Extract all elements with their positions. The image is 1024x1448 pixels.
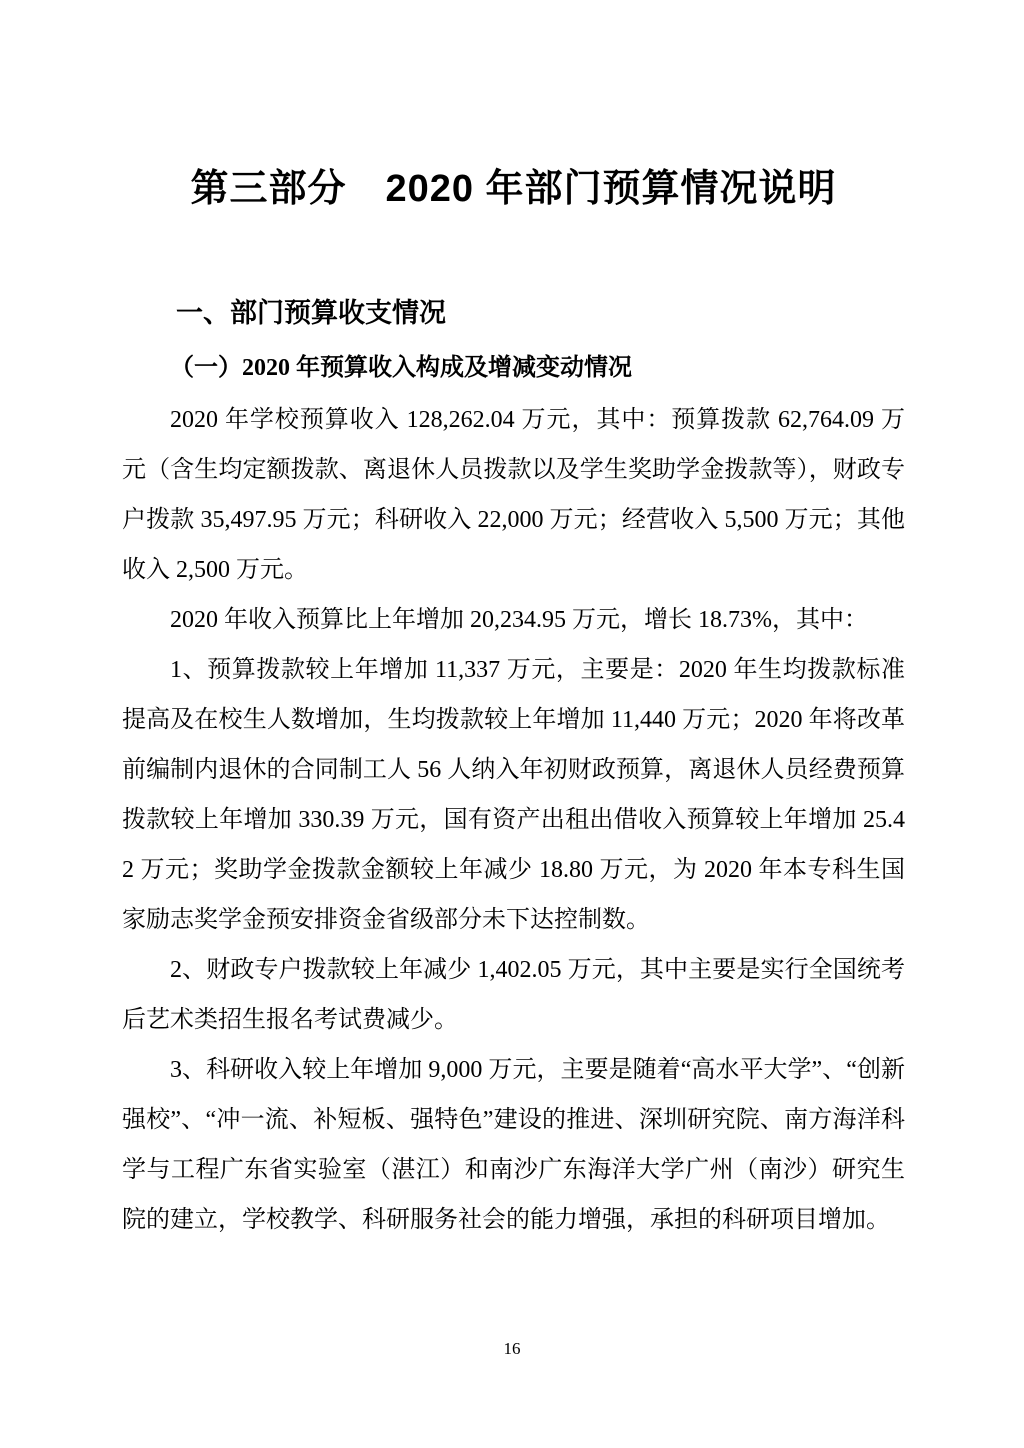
document-title: 第三部分 2020 年部门预算情况说明 — [122, 165, 905, 213]
paragraph-item-1-budget-allocation: 1、预算拨款较上年增加 11,337 万元，主要是：2020 年生均拨款标准提高… — [122, 645, 905, 945]
paragraph-income-overview: 2020 年学校预算收入 128,262.04 万元，其中：预算拨款 62,76… — [122, 395, 905, 595]
paragraph-income-increase-summary: 2020 年收入预算比上年增加 20,234.95 万元，增长 18.73%，其… — [122, 595, 905, 645]
document-page: 第三部分 2020 年部门预算情况说明 一、部门预算收支情况 （一）2020 年… — [0, 0, 1024, 1448]
paragraph-item-2-fiscal-special-account: 2、财政专户拨款较上年减少 1,402.05 万元，其中主要是实行全国统考后艺术… — [122, 945, 905, 1045]
subsection-heading-income-composition: （一）2020 年预算收入构成及增减变动情况 — [122, 351, 905, 385]
paragraph-item-3-research-income: 3、科研收入较上年增加 9,000 万元，主要是随着“高水平大学”、“创新强校”… — [122, 1045, 905, 1245]
page-number: 16 — [0, 1338, 1024, 1360]
section-heading-budget-overview: 一、部门预算收支情况 — [122, 297, 905, 329]
